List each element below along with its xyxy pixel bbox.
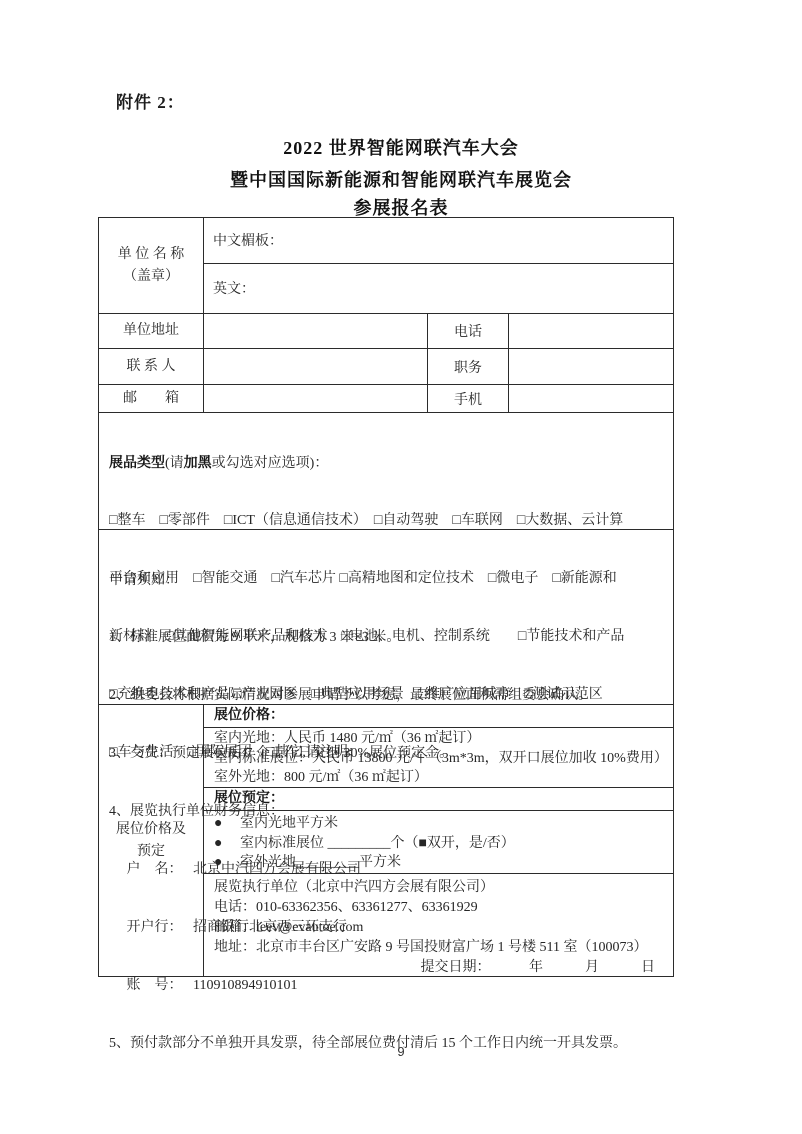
- email-label: 邮 箱: [99, 385, 204, 412]
- pricing-row-label: 展位价格及 预定: [99, 705, 204, 976]
- unit-address-label: 单位地址: [99, 314, 204, 348]
- exhibit-types-header: 展品类型(请加黑或勾选对应选项)：: [109, 454, 663, 473]
- notice-line-account-number: 账 号： 110910894910101: [109, 976, 663, 995]
- email-value: [204, 385, 428, 412]
- contact-person-value: [204, 349, 428, 384]
- contact-person-label: 联 系 人: [99, 349, 204, 384]
- en-name-label: 英文：: [213, 278, 255, 298]
- row-contact-position: 联 系 人 职务: [99, 349, 673, 385]
- notice-line: 申请须知：: [109, 571, 663, 590]
- notice-line: 2、组委会将根据实际情况对参展申请予以考虑，最终展位面积需组委会确认。: [109, 686, 663, 705]
- position-label: 职务: [428, 349, 509, 384]
- title-line-2: 暨中国国际新能源和智能网联汽车展览会: [0, 166, 802, 192]
- row-application-notice: 申请须知： 1、标准展位面积为 9 平米，规格为 3 米×3 米。 2、组委会将…: [99, 530, 673, 705]
- document-page: 附件 2： 2022 世界智能网联汽车大会 暨中国国际新能源和智能网联汽车展览会…: [0, 0, 802, 1134]
- row-exhibit-types: 展品类型(请加黑或勾选对应选项)： □整车 □零部件 □ICT（信息通信技术） …: [99, 413, 673, 530]
- row-unit-name: 单 位 名 称 （盖章） 中文楣板： 英文：: [99, 218, 673, 314]
- en-name-cell: 英文：: [204, 264, 673, 313]
- exhibit-types-line: □整车 □零部件 □ICT（信息通信技术） □自动驾驶 □车联网 □大数据、云计…: [109, 511, 663, 530]
- registration-form-table: 单 位 名 称 （盖章） 中文楣板： 英文： 单位地址 电话: [98, 217, 674, 977]
- position-value: [509, 349, 673, 384]
- unit-name-label: 单 位 名 称 （盖章）: [99, 218, 204, 313]
- cn-fascia-label: 中文楣板：: [213, 230, 283, 250]
- pricing-row-label-line2: 预定: [137, 841, 165, 863]
- row-address-phone: 单位地址 电话: [99, 314, 673, 349]
- phone-label: 电话: [428, 314, 509, 348]
- unit-name-label-line1: 单 位 名 称: [118, 244, 185, 266]
- notice-line: 1、标准展位面积为 9 平米，规格为 3 米×3 米。: [109, 628, 663, 647]
- exhibit-types-section: 展品类型(请加黑或勾选对应选项)： □整车 □零部件 □ICT（信息通信技术） …: [99, 413, 673, 529]
- phone-value: [509, 314, 673, 348]
- application-notice-section: 申请须知： 1、标准展位面积为 9 平米，规格为 3 米×3 米。 2、组委会将…: [99, 530, 673, 704]
- unit-name-label-line2: （盖章）: [123, 266, 179, 288]
- page-number: 9: [0, 1044, 802, 1059]
- unit-name-fields: 中文楣板： 英文：: [204, 218, 673, 313]
- pricing-row-label-line1: 展位价格及: [116, 819, 186, 841]
- mobile-value: [509, 385, 673, 412]
- mobile-label: 手机: [428, 385, 509, 412]
- row-email-mobile: 邮 箱 手机: [99, 385, 673, 413]
- unit-address-value: [204, 314, 428, 348]
- title-line-1: 2022 世界智能网联汽车大会: [0, 134, 802, 160]
- attachment-label: 附件 2：: [116, 88, 185, 113]
- cn-fascia-cell: 中文楣板：: [204, 218, 673, 264]
